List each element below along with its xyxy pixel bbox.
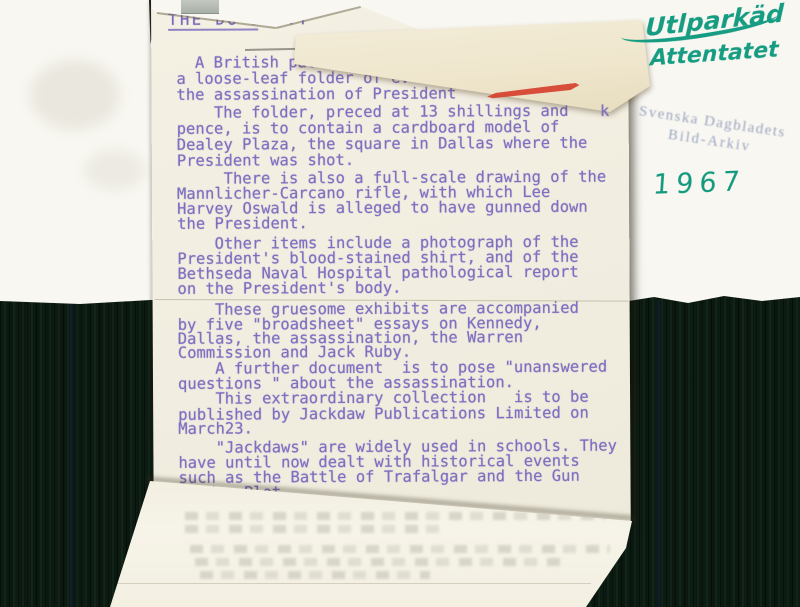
handwritten-year: 1967: [652, 166, 747, 200]
bleed-through-text: [190, 545, 610, 553]
header-underline: [168, 28, 258, 30]
paper-smudge: [85, 150, 145, 190]
bleed-through-text: [185, 525, 440, 533]
bleed-through-text: [200, 571, 430, 579]
typed-line: President was shot.: [177, 153, 354, 169]
typed-line: on the President's body.: [177, 281, 401, 297]
grey-tab: [181, 0, 219, 14]
stray-typed-character: k: [600, 102, 609, 120]
typed-line: March23.: [178, 421, 253, 436]
background-streak: [657, 300, 660, 607]
archive-photo: THE DO-IT-.Y A British pac a loose-leaf …: [0, 0, 800, 607]
background-streak: [70, 303, 73, 607]
paper-crease: [113, 583, 591, 584]
bleed-through-text: [195, 558, 560, 566]
typed-line: Dealey Plaza, the square in Dallas where…: [177, 136, 588, 153]
typed-line: the assassination of President: [176, 86, 465, 103]
paper-smudge: [30, 60, 120, 130]
typed-line: the President.: [177, 216, 308, 232]
